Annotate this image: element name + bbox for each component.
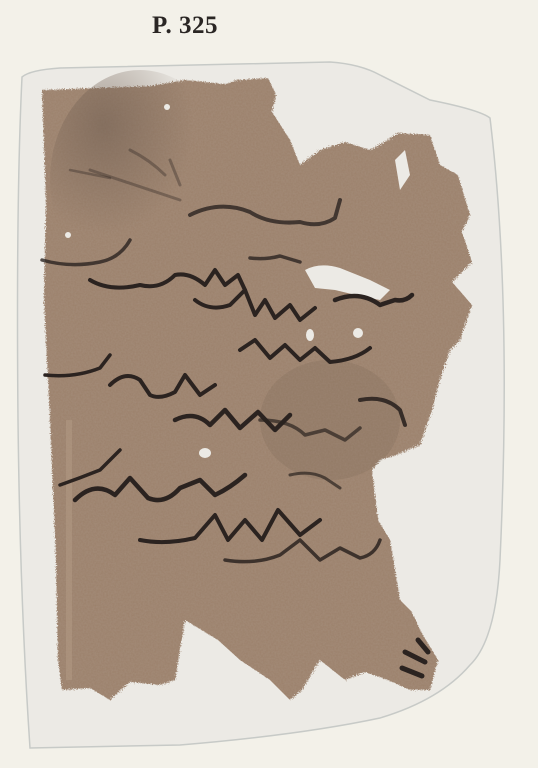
plate-page: P. 325: [0, 0, 538, 768]
manuscript-photo: [0, 0, 538, 768]
